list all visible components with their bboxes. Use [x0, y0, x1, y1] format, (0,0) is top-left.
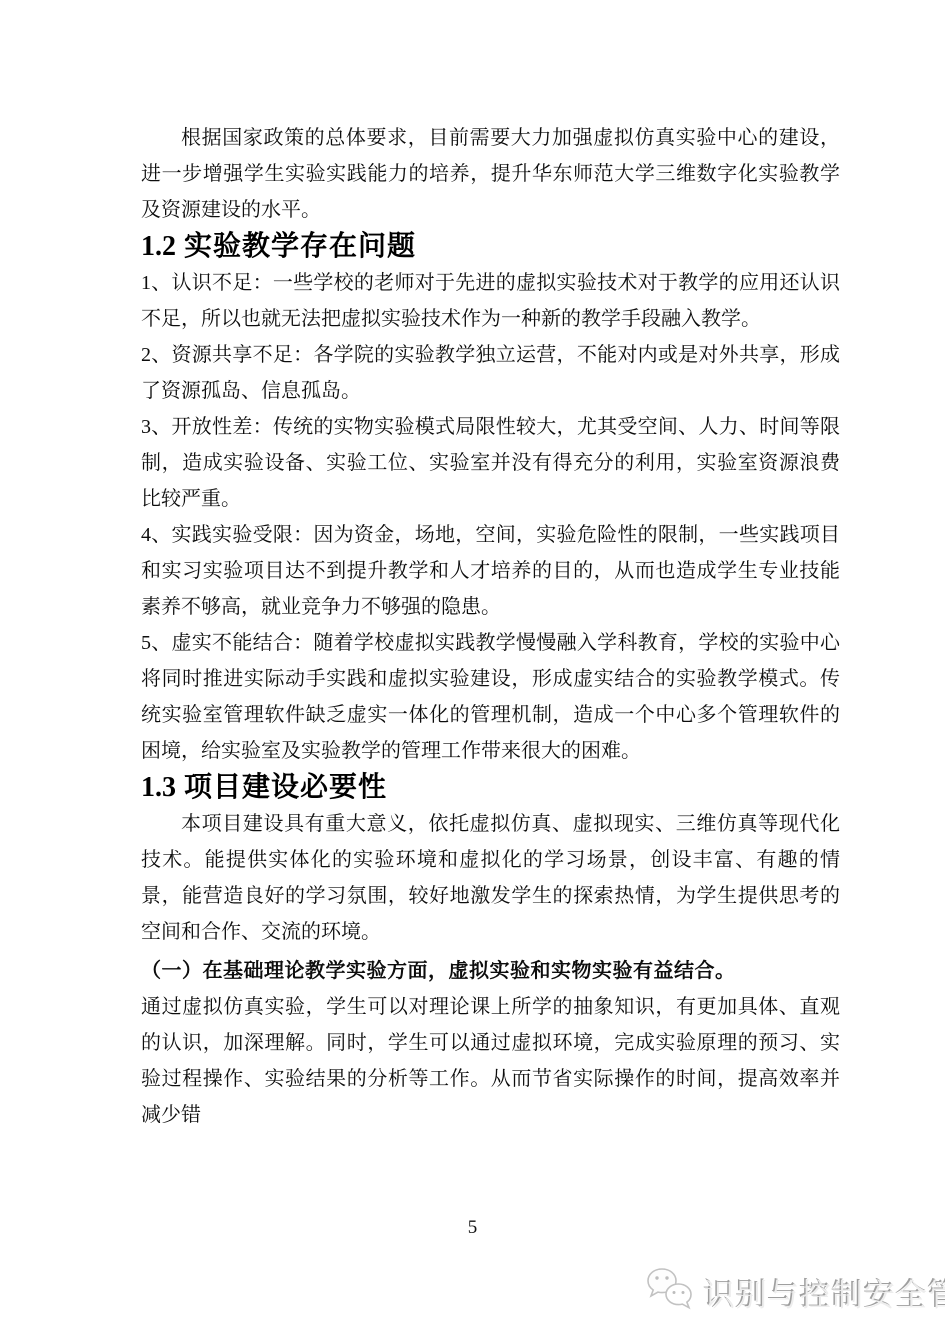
section-title: 实验教学存在问题	[184, 230, 416, 261]
section-heading-1-2: 1.2实验教学存在问题	[141, 228, 840, 265]
list-item-5: 5、虚实不能结合：随着学校虚拟实践教学慢慢融入学科教育，学校的实验中心将同时推进…	[141, 625, 840, 769]
watermark: 识别与控制安全管理	[645, 1266, 945, 1318]
document-content: 根据国家政策的总体要求，目前需要大力加强虚拟仿真实验中心的建设，进一步增强学生实…	[141, 120, 840, 1133]
problem-list: 1、认识不足：一些学校的老师对于先进的虚拟实验技术对于教学的应用还认识不足，所以…	[141, 265, 840, 769]
list-item-3: 3、开放性差：传统的实物实验模式局限性较大，尤其受空间、人力、时间等限制，造成实…	[141, 409, 840, 517]
list-item-4: 4、实践实验受限：因为资金，场地，空间，实验危险性的限制，一些实践项目和实习实验…	[141, 517, 840, 625]
section-heading-1-3: 1.3项目建设必要性	[141, 769, 840, 806]
paragraph-subsection-body: 通过虚拟仿真实验，学生可以对理论课上所学的抽象知识，有更加具体、直观的认识，加深…	[141, 989, 840, 1133]
watermark-label: 识别与控制安全管理	[704, 1270, 945, 1315]
list-item-2: 2、资源共享不足：各学院的实验教学独立运营，不能对内或是对外共享，形成了资源孤岛…	[141, 337, 840, 409]
section-number: 1.2	[141, 231, 176, 262]
subsection-heading: （一）在基础理论教学实验方面，虚拟实验和实物实验有益结合。	[141, 953, 840, 989]
paragraph-necessity: 本项目建设具有重大意义，依托虚拟仿真、虚拟现实、三维仿真等现代化技术。能提供实体…	[141, 806, 840, 950]
page-number: 5	[0, 1217, 945, 1239]
list-item-1: 1、认识不足：一些学校的老师对于先进的虚拟实验技术对于教学的应用还认识不足，所以…	[141, 265, 840, 337]
paragraph-intro: 根据国家政策的总体要求，目前需要大力加强虚拟仿真实验中心的建设，进一步增强学生实…	[141, 120, 840, 228]
section-number: 1.3	[141, 772, 176, 803]
section-title: 项目建设必要性	[184, 771, 387, 802]
document-page: 根据国家政策的总体要求，目前需要大力加强虚拟仿真实验中心的建设，进一步增强学生实…	[0, 0, 945, 1336]
wechat-icon	[645, 1266, 695, 1318]
